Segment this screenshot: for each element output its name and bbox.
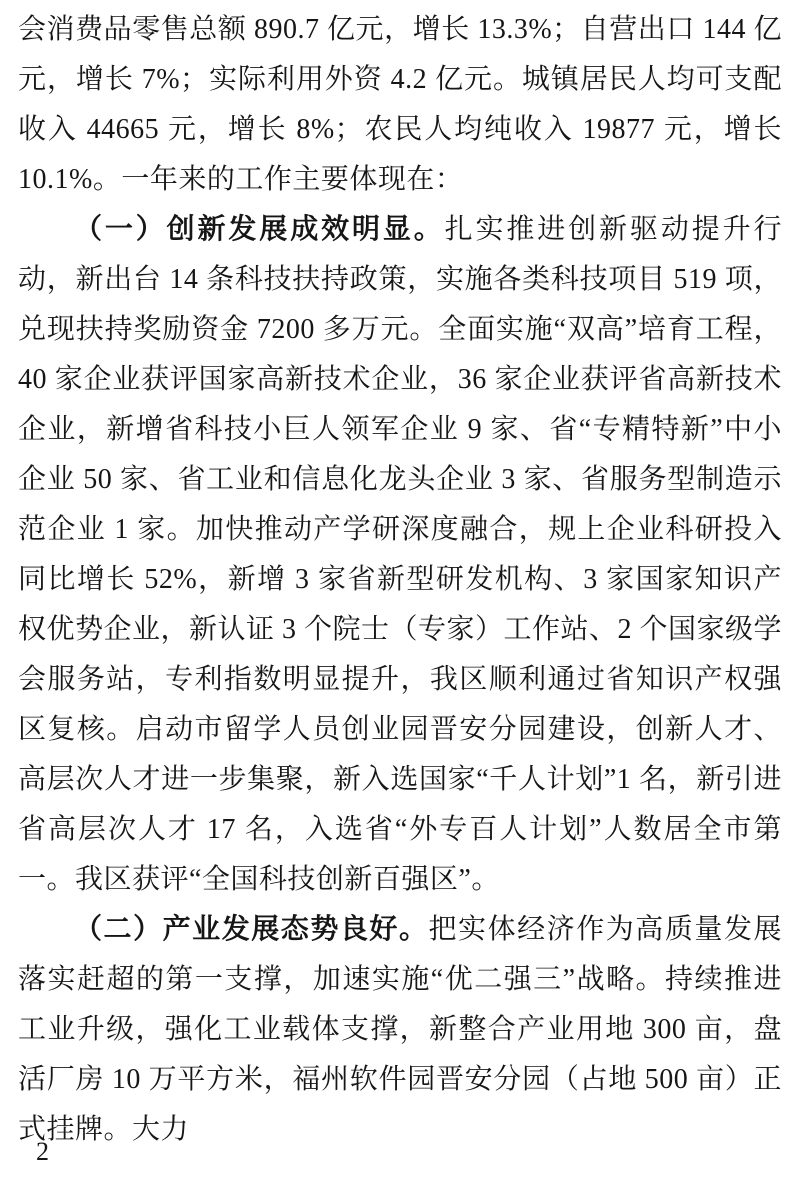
paragraph-text: 扎实推进创新驱动提升行动，新出台 14 条科技扶持政策，实施各类科技项目 519… xyxy=(18,214,782,895)
paragraph-section-1: （一）创新发展成效明显。扎实推进创新驱动提升行动，新出台 14 条科技扶持政策，… xyxy=(18,205,782,905)
section-1-heading: （一）创新发展成效明显。 xyxy=(74,214,445,245)
page-number: 2 xyxy=(36,1139,49,1165)
paragraph-section-2: （二）产业发展态势良好。把实体经济作为高质量发展落实赶超的第一支撑，加速实施“优… xyxy=(18,905,782,1155)
document-page: 会消费品零售总额 890.7 亿元，增长 13.3%；自营出口 144 亿元，增… xyxy=(0,0,800,1184)
paragraph-continuation: 会消费品零售总额 890.7 亿元，增长 13.3%；自营出口 144 亿元，增… xyxy=(18,5,782,205)
paragraph-text: 会消费品零售总额 890.7 亿元，增长 13.3%；自营出口 144 亿元，增… xyxy=(18,14,782,195)
paragraph-text: 把实体经济作为高质量发展落实赶超的第一支撑，加速实施“优二强三”战略。持续推进工… xyxy=(18,914,782,1145)
document-body: 会消费品零售总额 890.7 亿元，增长 13.3%；自营出口 144 亿元，增… xyxy=(18,5,782,1155)
section-2-heading: （二）产业发展态势良好。 xyxy=(74,914,429,945)
